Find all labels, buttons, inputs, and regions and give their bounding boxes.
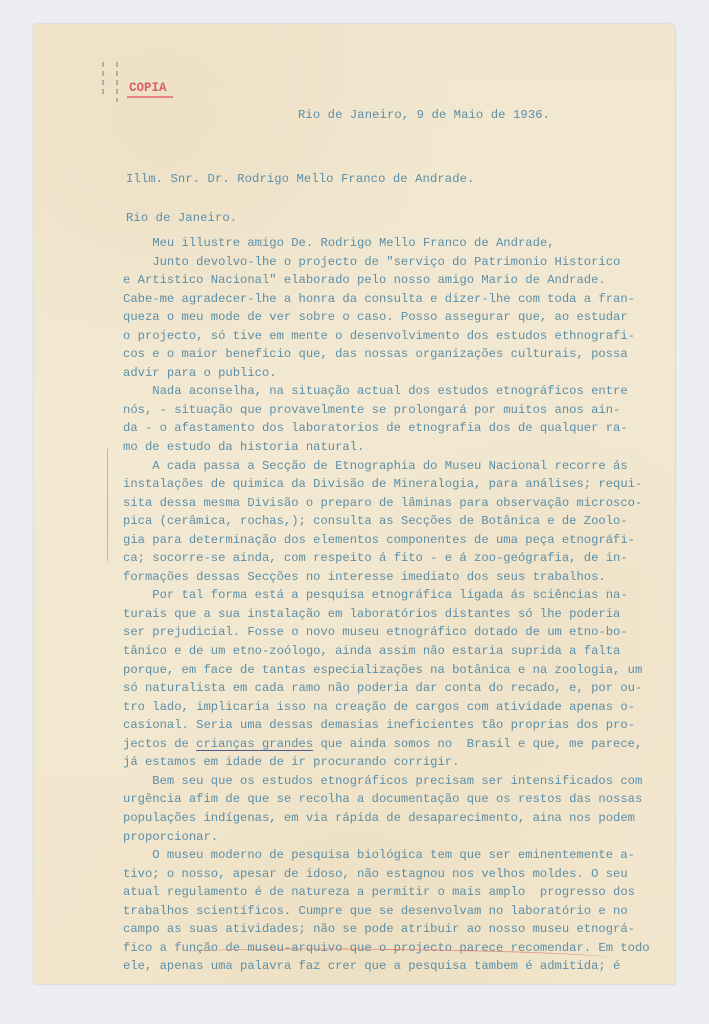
- body-line: turais que a sua instalação em laboratór…: [123, 605, 650, 624]
- dateline: Rio de Janeiro, 9 de Maio de 1936.: [298, 108, 550, 122]
- body-line: Meu illustre amigo De. Rodrigo Mello Fra…: [123, 234, 650, 253]
- copy-stamp: COPIA: [129, 81, 167, 95]
- body-line: A cada passa a Secção de Etnographia do …: [123, 457, 650, 476]
- underlined-phrase: crianças grandes: [196, 737, 313, 751]
- body-line: urgência afim de que se recolha a docume…: [123, 790, 650, 809]
- body-line: advir para o publico.: [123, 364, 650, 383]
- body-line: e Artistico Nacional" elaborado pelo nos…: [123, 271, 650, 290]
- body-line: da - o afastamento dos laboratorios de e…: [123, 419, 650, 438]
- body-line: pica (cerâmica, rochas,); consulta as Se…: [123, 512, 650, 531]
- body-line: trabalhos scientíficos. Cumpre que se de…: [123, 902, 650, 921]
- letter-body: Meu illustre amigo De. Rodrigo Mello Fra…: [123, 234, 650, 976]
- body-line: proporcionar.: [123, 828, 650, 847]
- body-line: queza o meu mode de ver sobre o caso. Po…: [123, 308, 650, 327]
- body-line: ca; socorre-se ainda, com respeito á fit…: [123, 549, 650, 568]
- staple-marks: [102, 62, 122, 107]
- body-line: Junto devolvo-lhe o projecto de "serviço…: [123, 253, 650, 272]
- body-line: só naturalista em cada ramo não poderia …: [123, 679, 650, 698]
- body-line: Nada aconselha, na situação actual dos e…: [123, 382, 650, 401]
- body-text: que ainda somos no Brasil e que, me pare…: [313, 737, 642, 751]
- body-line: tro lado, implicaria isso na creação de …: [123, 698, 650, 717]
- body-line: campo as suas atividades; não se pode at…: [123, 920, 650, 939]
- body-line: já estamos em idade de ir procurando cor…: [123, 753, 650, 772]
- body-line: cos e o maior beneficio que, das nossas …: [123, 345, 650, 364]
- body-line: instalações de quimica da Divisão de Min…: [123, 475, 650, 494]
- body-line: populações indígenas, em via rápida de d…: [123, 809, 650, 828]
- body-line: sita dessa mesma Divisão o preparo de lâ…: [123, 494, 650, 513]
- body-line: mo de estudo da historia natural.: [123, 438, 650, 457]
- body-line: formações dessas Secções no interesse im…: [123, 568, 650, 587]
- body-line: O museu moderno de pesquisa biológica te…: [123, 846, 650, 865]
- body-line: atual regulamento é de natureza a permit…: [123, 883, 650, 902]
- body-line: ser prejudicial. Fosse o novo museu etno…: [123, 623, 650, 642]
- body-line: tânico e de um etno-zoólogo, ainda assim…: [123, 642, 650, 661]
- body-line: Por tal forma está a pesquisa etnográfic…: [123, 586, 650, 605]
- body-line: Cabe-me agradecer-lhe a honra da consult…: [123, 290, 650, 309]
- body-line: nós, - situação que provavelmente se pro…: [123, 401, 650, 420]
- body-line-with-underline: jectos de crianças grandes que ainda som…: [123, 735, 650, 754]
- body-line: gia para determinação dos elementos comp…: [123, 531, 650, 550]
- addressee-line: Illm. Snr. Dr. Rodrigo Mello Franco de A…: [126, 173, 474, 186]
- body-line: tivo; o nosso, apesar de idoso, não esta…: [123, 865, 650, 884]
- body-text: jectos de: [123, 737, 196, 751]
- margin-annotation-mark: [107, 447, 111, 562]
- addressee-block: Illm. Snr. Dr. Rodrigo Mello Franco de A…: [126, 147, 474, 238]
- addressee-line: Rio de Janeiro.: [126, 212, 474, 225]
- body-line: Bem seu que os estudos etnográficos prec…: [123, 772, 650, 791]
- body-line: porque, em face de tantas especializaçõe…: [123, 661, 650, 680]
- copy-stamp-underline: [127, 96, 173, 98]
- body-line: casional. Seria uma dessas demasias inef…: [123, 716, 650, 735]
- body-line: o projecto, só tive em mente o desenvolv…: [123, 327, 650, 346]
